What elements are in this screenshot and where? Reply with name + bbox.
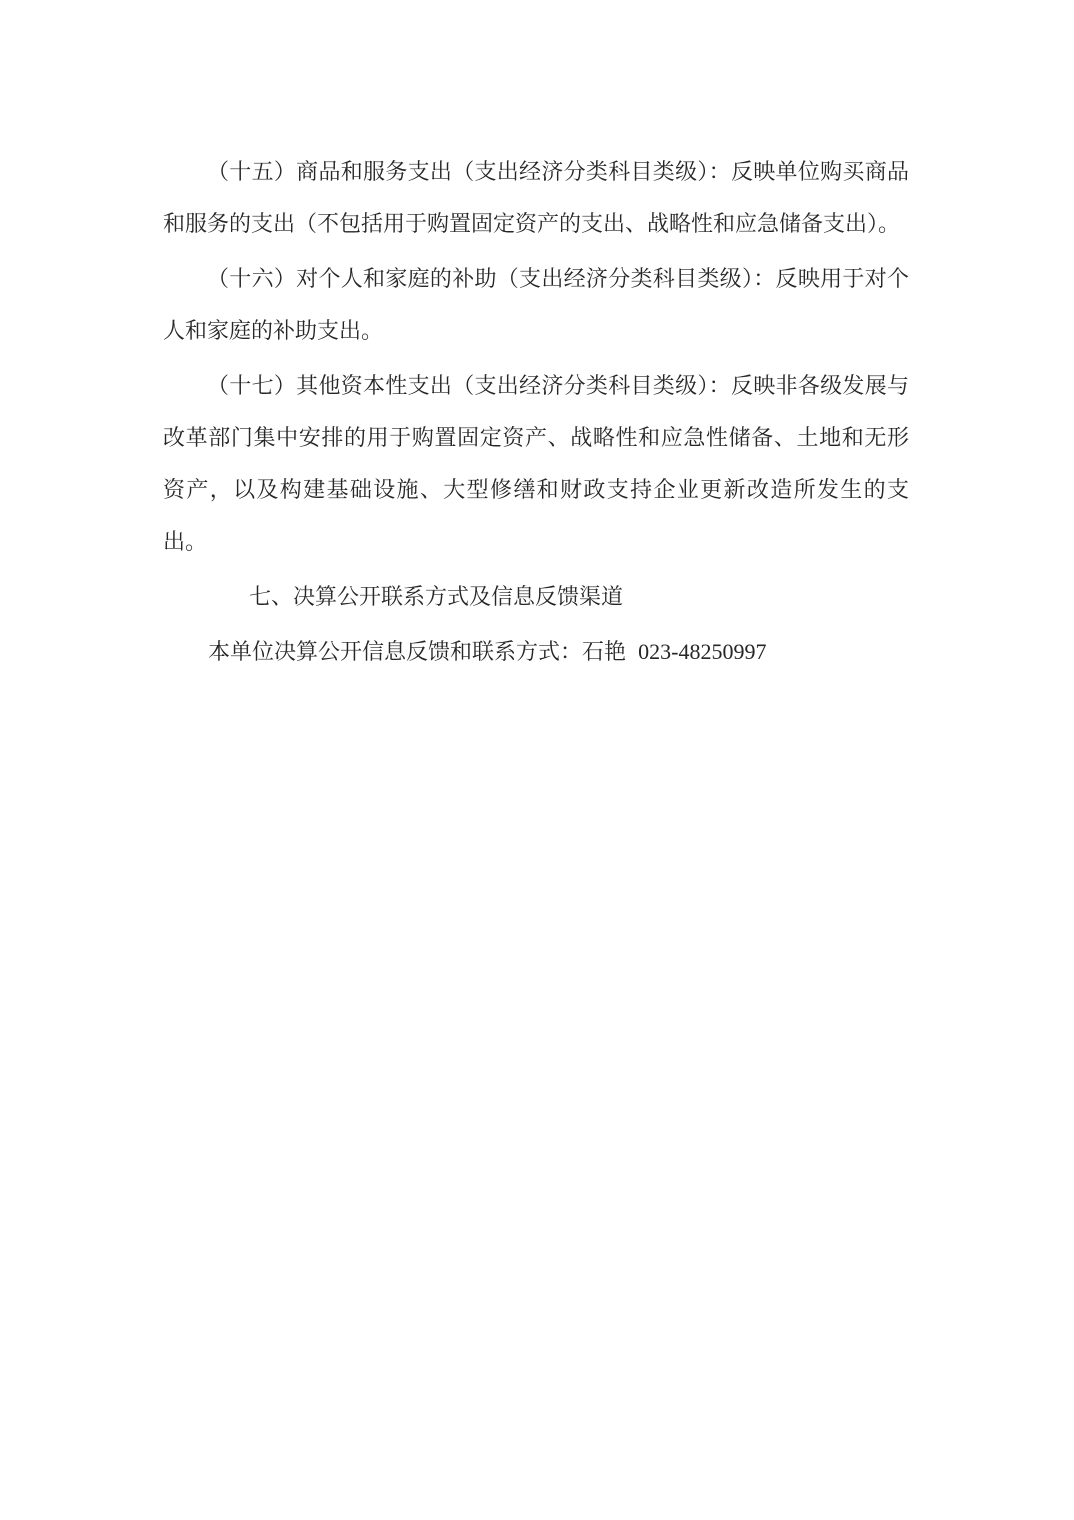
contact-line: 本单位决算公开信息反馈和联系方式：石艳023-48250997: [163, 626, 909, 678]
paragraph-item-16: （十六）对个人和家庭的补助（支出经济分类科目类级）：反映用于对个人和家庭的补助支…: [163, 253, 909, 357]
document-body: （十五）商品和服务支出（支出经济分类科目类级）：反映单位购买商品和服务的支出（不…: [163, 146, 909, 678]
document-page: （十五）商品和服务支出（支出经济分类科目类级）：反映单位购买商品和服务的支出（不…: [0, 0, 1074, 1520]
section-heading: 七、决算公开联系方式及信息反馈渠道: [163, 571, 909, 623]
contact-name: 石艳: [582, 639, 626, 664]
paragraph-item-15: （十五）商品和服务支出（支出经济分类科目类级）：反映单位购买商品和服务的支出（不…: [163, 146, 909, 250]
paragraph-item-17: （十七）其他资本性支出（支出经济分类科目类级）：反映非各级发展与改革部门集中安排…: [163, 360, 909, 568]
contact-phone: 023-48250997: [638, 639, 766, 664]
contact-label: 本单位决算公开信息反馈和联系方式：: [208, 639, 582, 664]
